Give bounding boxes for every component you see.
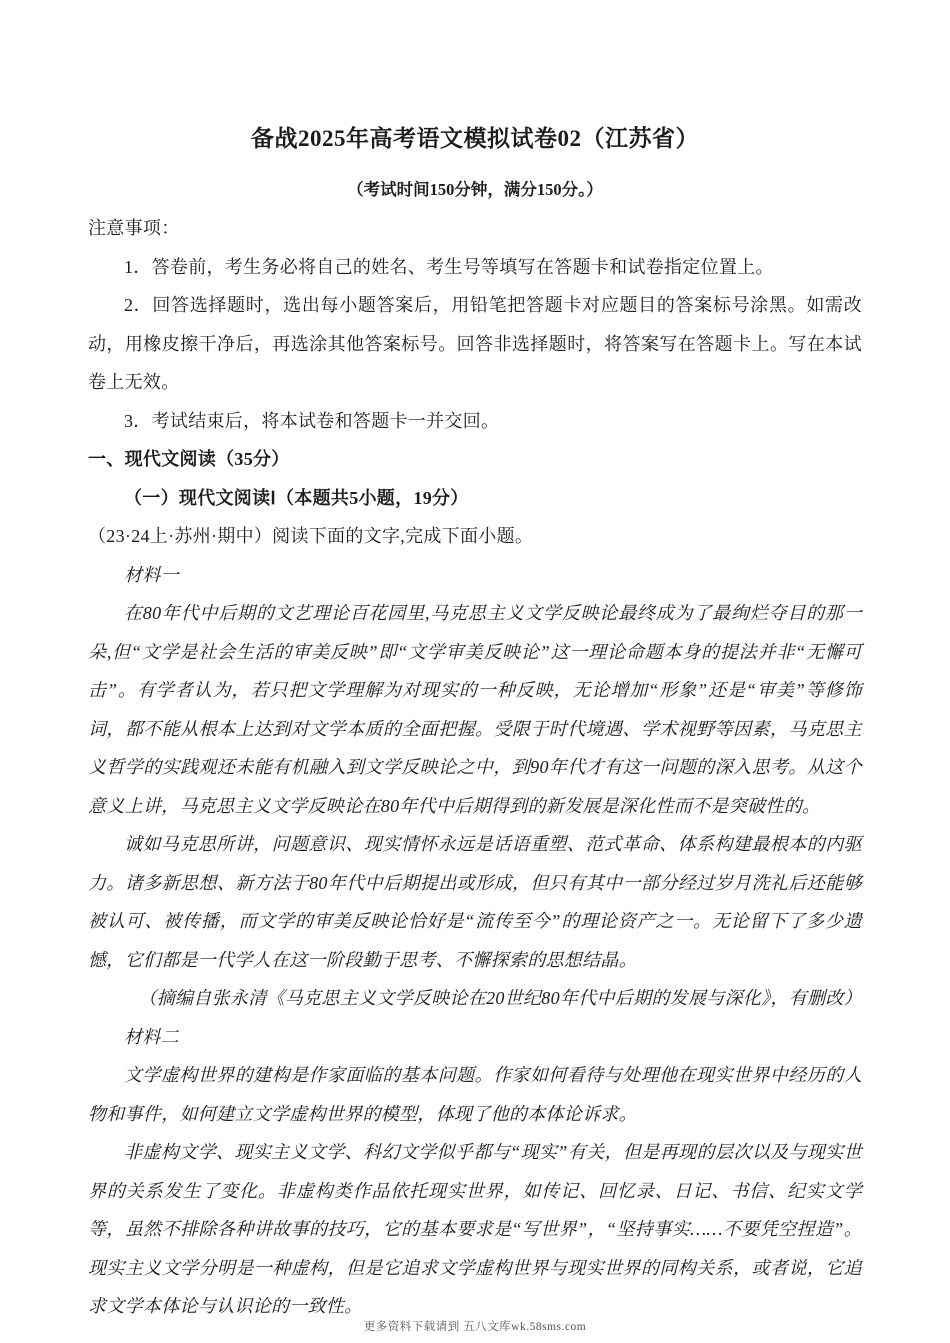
material-one-paragraph-2: 诚如马克思所讲，问题意识、现实情怀永远是话语重塑、范式革命、体系构建最根本的内驱…: [88, 825, 862, 979]
exam-paper-page: 备战2025年高考语文模拟试卷02（江苏省） （考试时间150分钟，满分150分…: [0, 0, 950, 1343]
download-watermark: 更多资料下载请到 五八文库wk.58sms.com: [0, 1319, 950, 1335]
material-one-label: 材料一: [88, 556, 862, 595]
material-two-paragraph-2: 非虚构文学、现实主义文学、科幻文学似乎都与“现实”有关，但是再现的层次以及与现实…: [88, 1133, 862, 1326]
page-title: 备战2025年高考语文模拟试卷02（江苏省）: [88, 124, 862, 154]
material-two-label: 材料二: [88, 1018, 862, 1057]
material-one-attribution: （摘编自张永清《马克思主义文学反映论在20世纪80年代中后期的发展与深化》，有删…: [88, 979, 862, 1018]
subsection-heading: （一）现代文阅读Ⅰ（本题共5小题，19分）: [88, 479, 862, 518]
notice-heading: 注意事项：: [88, 209, 862, 248]
document-content: 备战2025年高考语文模拟试卷02（江苏省） （考试时间150分钟，满分150分…: [88, 124, 862, 1326]
notice-item-2: 2．回答选择题时，选出每小题答案后，用铅笔把答题卡对应题目的答案标号涂黑。如需改…: [88, 286, 862, 402]
section-heading: 一、现代文阅读（35分）: [88, 440, 862, 479]
notice-item-3: 3．考试结束后，将本试卷和答题卡一并交回。: [88, 402, 862, 441]
material-two-paragraph-1: 文学虚构世界的建构是作家面临的基本问题。作家如何看待与处理他在现实世界中经历的人…: [88, 1056, 862, 1133]
material-one-paragraph-1: 在80年代中后期的文艺理论百花园里,马克思主义文学反映论最终成为了最绚烂夺目的那…: [88, 594, 862, 825]
exam-time-info: （考试时间150分钟，满分150分。）: [88, 178, 862, 202]
source-note: （23·24上·苏州·期中）阅读下面的文字,完成下面小题。: [88, 517, 862, 556]
notice-item-1: 1．答卷前，考生务必将自己的姓名、考生号等填写在答题卡和试卷指定位置上。: [88, 248, 862, 287]
